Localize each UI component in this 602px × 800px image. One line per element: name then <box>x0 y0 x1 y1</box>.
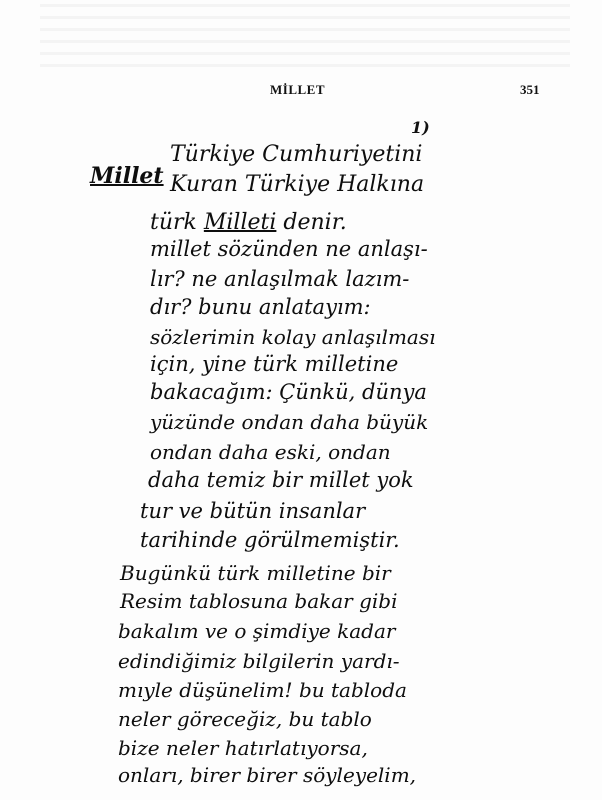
handwritten-line: lır? ne anlaşılmak lazım- <box>150 267 409 291</box>
footnote-mark: 1) <box>411 118 430 137</box>
margin-heading: Millet <box>90 163 164 189</box>
handwritten-line: tarihinde görülmemiştir. <box>140 528 400 552</box>
handwritten-line: mıyle düşünelim! bu tabloda <box>118 678 407 702</box>
handwritten-line: Türkiye Cumhuriyetini <box>170 142 422 167</box>
document-page: MİLLET 351 1) Millet Türkiye Cumhuriyeti… <box>0 0 602 800</box>
bleed-through-text <box>40 4 570 74</box>
handwritten-line: yüzünde ondan daha büyük <box>150 410 428 434</box>
handwritten-line: tur ve bütün insanlar <box>140 499 365 523</box>
handwritten-line: neler göreceğiz, bu tablo <box>118 707 372 731</box>
handwritten-line: bize neler hatırlatıyorsa, <box>118 736 368 760</box>
handwritten-line: edindiğimiz bilgilerin yardı- <box>118 649 400 673</box>
handwritten-line: için, yine türk milletine <box>150 352 398 376</box>
handwritten-line: Kuran Türkiye Halkına <box>170 172 424 197</box>
handwritten-line: Resim tablosuna bakar gibi <box>120 589 397 613</box>
underlined-word: Milleti <box>204 210 277 235</box>
handwritten-line: onları, birer birer söyleyelim, <box>118 763 416 787</box>
handwritten-line: millet sözünden ne anlaşı- <box>150 237 428 261</box>
page-number: 351 <box>520 82 540 98</box>
handwritten-line: daha temiz bir millet yok <box>148 468 414 492</box>
handwritten-line: bakalım ve o şimdiye kadar <box>118 619 395 643</box>
handwritten-line: Bugünkü türk milletine bir <box>120 561 391 585</box>
handwritten-line: bakacağım: Çünkü, dünya <box>150 380 427 404</box>
handwritten-line: sözlerimin kolay anlaşılması <box>150 325 436 349</box>
handwritten-line: dır? bunu anlatayım: <box>150 295 371 319</box>
running-title: MİLLET <box>270 82 325 98</box>
handwritten-line: türk Milleti denir. <box>150 210 347 235</box>
handwritten-line: ondan daha eski, ondan <box>150 440 391 464</box>
